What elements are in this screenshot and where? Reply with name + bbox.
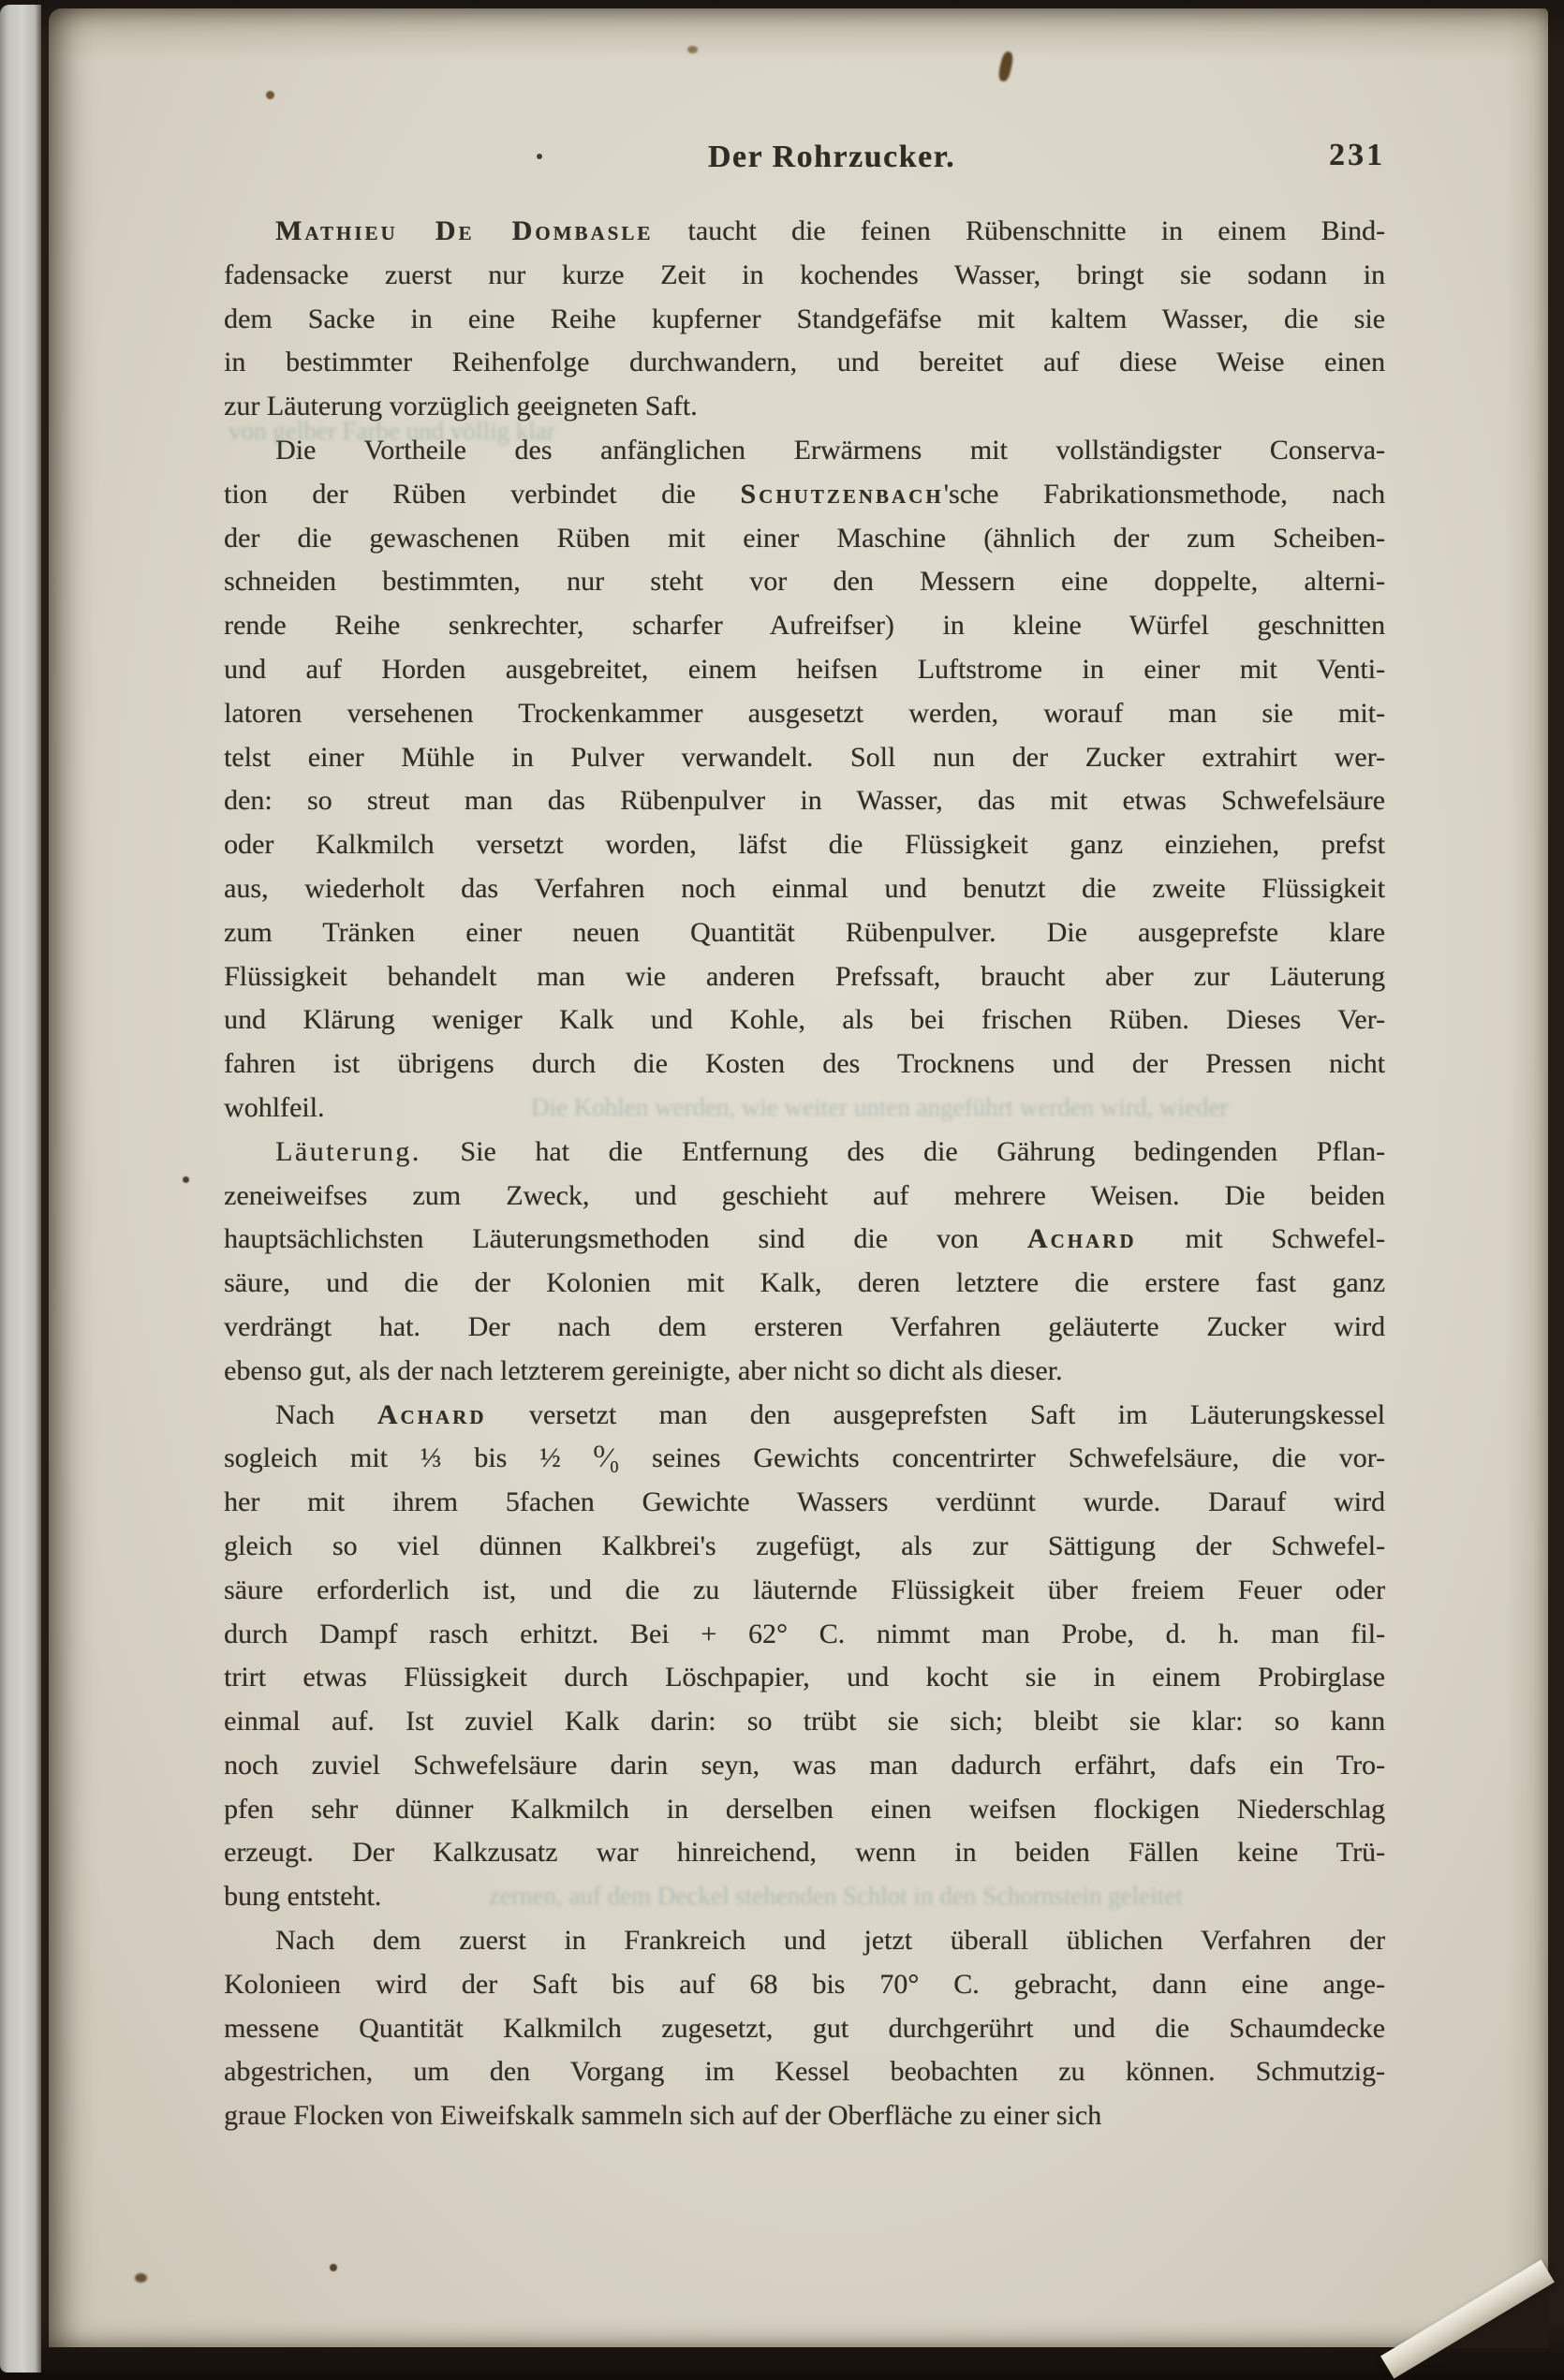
text-line: zum Tränken einer neuen Quantität Rübenp…	[224, 911, 1385, 955]
text-line: oder Kalkmilch versetzt worden, läfst di…	[224, 823, 1385, 867]
text-line: noch zuviel Schwefelsäure darin seyn, wa…	[224, 1744, 1385, 1788]
foxing-spot	[537, 154, 542, 159]
text-line: pfen sehr dünner Kalkmilch in derselben …	[224, 1788, 1385, 1832]
text-line: Kolonieen wird der Saft bis auf 68 bis 7…	[224, 1963, 1385, 2007]
small-caps-name: Achard	[377, 1399, 487, 1430]
text-line: rende Reihe senkrechter, scharfer Aufrei…	[224, 604, 1385, 648]
small-caps-name: Schutzenbach	[740, 479, 943, 510]
page-sheet: Der Rohrzucker. 231 von gelber Farbe und…	[49, 8, 1548, 2347]
text-line: zur Läuterung vorzüglich geeigneten Saft…	[224, 385, 1385, 429]
text-line: schneiden bestimmten, nur steht vor den …	[224, 560, 1385, 604]
text-line: aus, wiederholt das Verfahren noch einma…	[224, 867, 1385, 911]
text-line: messene Quantität Kalkmilch zugesetzt, g…	[224, 2007, 1385, 2051]
text-line: und auf Horden ausgebreitet, einem heifs…	[224, 648, 1385, 692]
text-line: trirt etwas Flüssigkeit durch Löschpapie…	[224, 1656, 1385, 1700]
text-line: ebenso gut, als der nach letzterem gerei…	[224, 1350, 1385, 1394]
text-line: Flüssigkeit behandelt man wie anderen Pr…	[224, 955, 1385, 999]
text-line: einmal auf. Ist zuviel Kalk darin: so tr…	[224, 1700, 1385, 1744]
text-line: dem Sacke in eine Reihe kupferner Standg…	[224, 298, 1385, 342]
text-line: graue Flocken von Eiweifskalk sammeln si…	[224, 2094, 1385, 2138]
text-line: Mathieu De Dombasle taucht die feinen Rü…	[224, 210, 1385, 254]
text-line: gleich so viel dünnen Kalkbrei's zugefüg…	[224, 1525, 1385, 1569]
text-line: in bestimmter Reihenfolge durchwandern, …	[224, 341, 1385, 385]
foxing-spot	[183, 1176, 189, 1183]
paragraph: Nach Achard versetzt man den ausgeprefst…	[224, 1394, 1385, 1920]
text-line: hauptsächlichsten Läuterungsmethoden sin…	[224, 1218, 1385, 1262]
text-line: bung entsteht.	[224, 1875, 1385, 1919]
text-line: säure, und die der Kolonien mit Kalk, de…	[224, 1262, 1385, 1306]
text-line: fadensacke zuerst nur kurze Zeit in koch…	[224, 254, 1385, 298]
paragraph: Die Vortheile des anfänglichen Erwärmens…	[224, 429, 1385, 1131]
letterspaced-term: Läuterung.	[275, 1136, 421, 1167]
text-line: zeneiweifses zum Zweck, und geschieht au…	[224, 1175, 1385, 1219]
text-line: her mit ihrem 5fachen Gewichte Wassers v…	[224, 1481, 1385, 1525]
text-line: fahren ist übrigens durch die Kosten des…	[224, 1042, 1385, 1087]
page-body: Mathieu De Dombasle taucht die feinen Rü…	[224, 210, 1385, 2138]
foxing-spot	[687, 46, 698, 53]
text-line: telst einer Mühle in Pulver verwandelt. …	[224, 736, 1385, 780]
text-line: den: so streut man das Rübenpulver in Wa…	[224, 779, 1385, 823]
small-caps-name: Achard	[1027, 1223, 1137, 1254]
foxing-spot	[266, 91, 274, 99]
text-line: säure erforderlich ist, und die zu läute…	[224, 1569, 1385, 1613]
paragraph: Läuterung. Sie hat die Entfernung des di…	[224, 1131, 1385, 1394]
small-caps-name: Mathieu De Dombasle	[275, 215, 653, 246]
page-number: 231	[224, 138, 1385, 173]
text-line: durch Dampf rasch erhitzt. Bei + 62° C. …	[224, 1613, 1385, 1657]
text-line: Nach dem zuerst in Frankreich und jetzt …	[224, 1919, 1385, 1963]
text-line: verdrängt hat. Der nach dem ersteren Ver…	[224, 1306, 1385, 1350]
text-line: Die Vortheile des anfänglichen Erwärmens…	[224, 429, 1385, 473]
foxing-spot	[330, 2264, 337, 2271]
text-line: abgestrichen, um den Vorgang im Kessel b…	[224, 2050, 1385, 2094]
text-line: und Klärung weniger Kalk und Kohle, als …	[224, 998, 1385, 1042]
text-line: tion der Rüben verbindet die Schutzenbac…	[224, 473, 1385, 517]
adjacent-page-edge	[0, 5, 41, 2373]
foxing-spot	[135, 2273, 147, 2283]
paragraph: Mathieu De Dombasle taucht die feinen Rü…	[224, 210, 1385, 429]
ink-stain	[997, 51, 1014, 82]
text-line: der die gewaschenen Rüben mit einer Masc…	[224, 517, 1385, 561]
text-line: sogleich mit ⅓ bis ½ ⁰⁄₀ seines Gewichts…	[224, 1437, 1385, 1481]
paragraph: Nach dem zuerst in Frankreich und jetzt …	[224, 1919, 1385, 2138]
text-line: erzeugt. Der Kalkzusatz war hinreichend,…	[224, 1831, 1385, 1875]
text-line: wohlfeil.	[224, 1087, 1385, 1131]
text-line: Läuterung. Sie hat die Entfernung des di…	[224, 1131, 1385, 1175]
text-line: Nach Achard versetzt man den ausgeprefst…	[224, 1394, 1385, 1438]
text-line: latoren versehenen Trockenkammer ausgese…	[224, 692, 1385, 736]
